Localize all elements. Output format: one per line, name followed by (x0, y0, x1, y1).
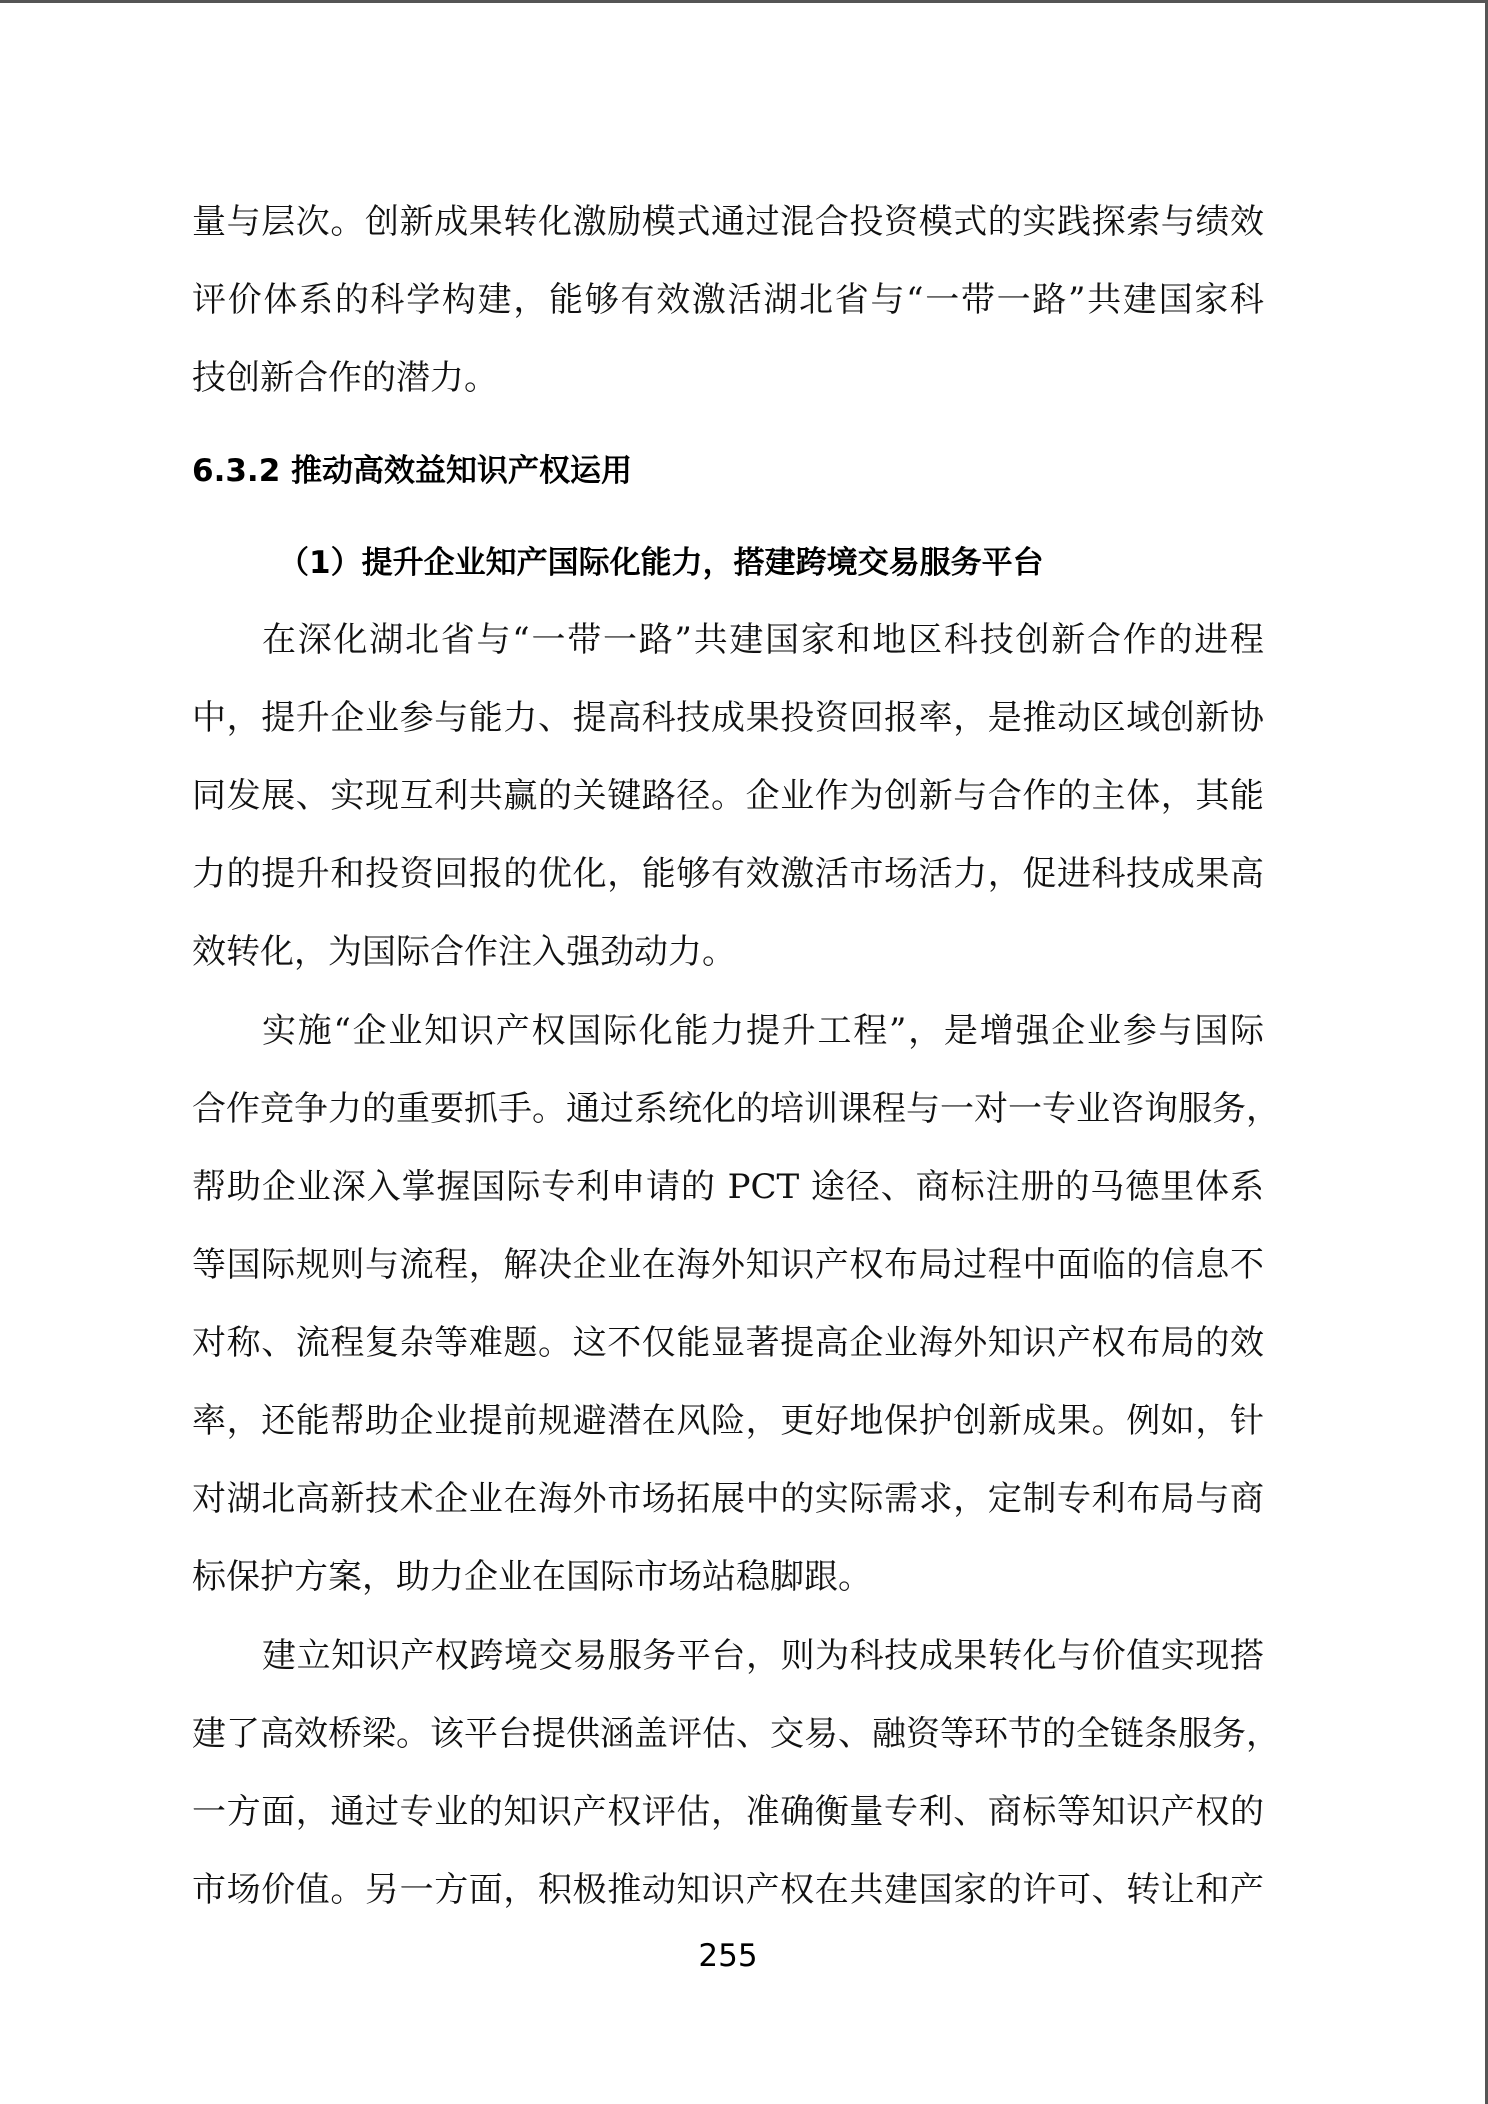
paragraph-2-line-3: 等国际规则与流程，解决企业在海外知识产权布局过程中面临的信息不 (192, 1245, 1264, 1285)
paragraph-0-line-0: 量与层次。创新成果转化激励模式通过混合投资模式的实践探索与绩效 (192, 202, 1264, 242)
paragraph-3-line-0: 建立知识产权跨境交易服务平台，则为科技成果转化与价值实现搭 (262, 1636, 1264, 1676)
paragraph-3-line-1: 建了高效桥梁。该平台提供涵盖评估、交易、融资等环节的全链条服务， (192, 1714, 1264, 1754)
paragraph-2-line-5: 率，还能帮助企业提前规避潜在风险，更好地保护创新成果。例如，针 (192, 1401, 1264, 1441)
paragraph-1-line-0: 在深化湖北省与“一带一路”共建国家和地区科技创新合作的进程 (262, 620, 1264, 660)
page-number: 255 (628, 1936, 828, 1976)
subheading: （1）提升企业知产国际化能力，搭建跨境交易服务平台 (278, 543, 1044, 583)
paragraph-2-line-1: 合作竞争力的重要抓手。通过系统化的培训课程与一对一专业咨询服务， (192, 1089, 1264, 1129)
paragraph-2-line-0: 实施“企业知识产权国际化能力提升工程”，是增强企业参与国际 (262, 1011, 1264, 1051)
paragraph-1-line-4: 效转化，为国际合作注入强劲动力。 (192, 932, 1264, 972)
paragraph-3-line-2: 一方面，通过专业的知识产权评估，准确衡量专利、商标等知识产权的 (192, 1792, 1264, 1832)
paragraph-2-line-6: 对湖北高新技术企业在海外市场拓展中的实际需求，定制专利布局与商 (192, 1479, 1264, 1519)
paragraph-0-line-1: 评价体系的科学构建，能够有效激活湖北省与“一带一路”共建国家科 (192, 280, 1264, 320)
paragraph-1-line-2: 同发展、实现互利共赢的关键路径。企业作为创新与合作的主体，其能 (192, 776, 1264, 816)
section-heading: 6.3.2 推动高效益知识产权运用 (192, 451, 632, 491)
paragraph-0-line-2: 技创新合作的潜力。 (192, 358, 1264, 398)
paragraph-2-line-4: 对称、流程复杂等难题。这不仅能显著提高企业海外知识产权布局的效 (192, 1323, 1264, 1363)
paragraph-2-line-2: 帮助企业深入掌握国际专利申请的 PCT 途径、商标注册的马德里体系 (192, 1167, 1264, 1207)
paragraph-1-line-1: 中，提升企业参与能力、提高科技成果投资回报率，是推动区域创新协 (192, 698, 1264, 738)
paragraph-3-line-3: 市场价值。另一方面，积极推动知识产权在共建国家的许可、转让和产 (192, 1870, 1264, 1910)
document-page: 量与层次。创新成果转化激励模式通过混合投资模式的实践探索与绩效 评价体系的科学构… (0, 0, 1488, 2104)
paragraph-1-line-3: 力的提升和投资回报的优化，能够有效激活市场活力，促进科技成果高 (192, 854, 1264, 894)
paragraph-2-line-7: 标保护方案，助力企业在国际市场站稳脚跟。 (192, 1557, 1264, 1597)
